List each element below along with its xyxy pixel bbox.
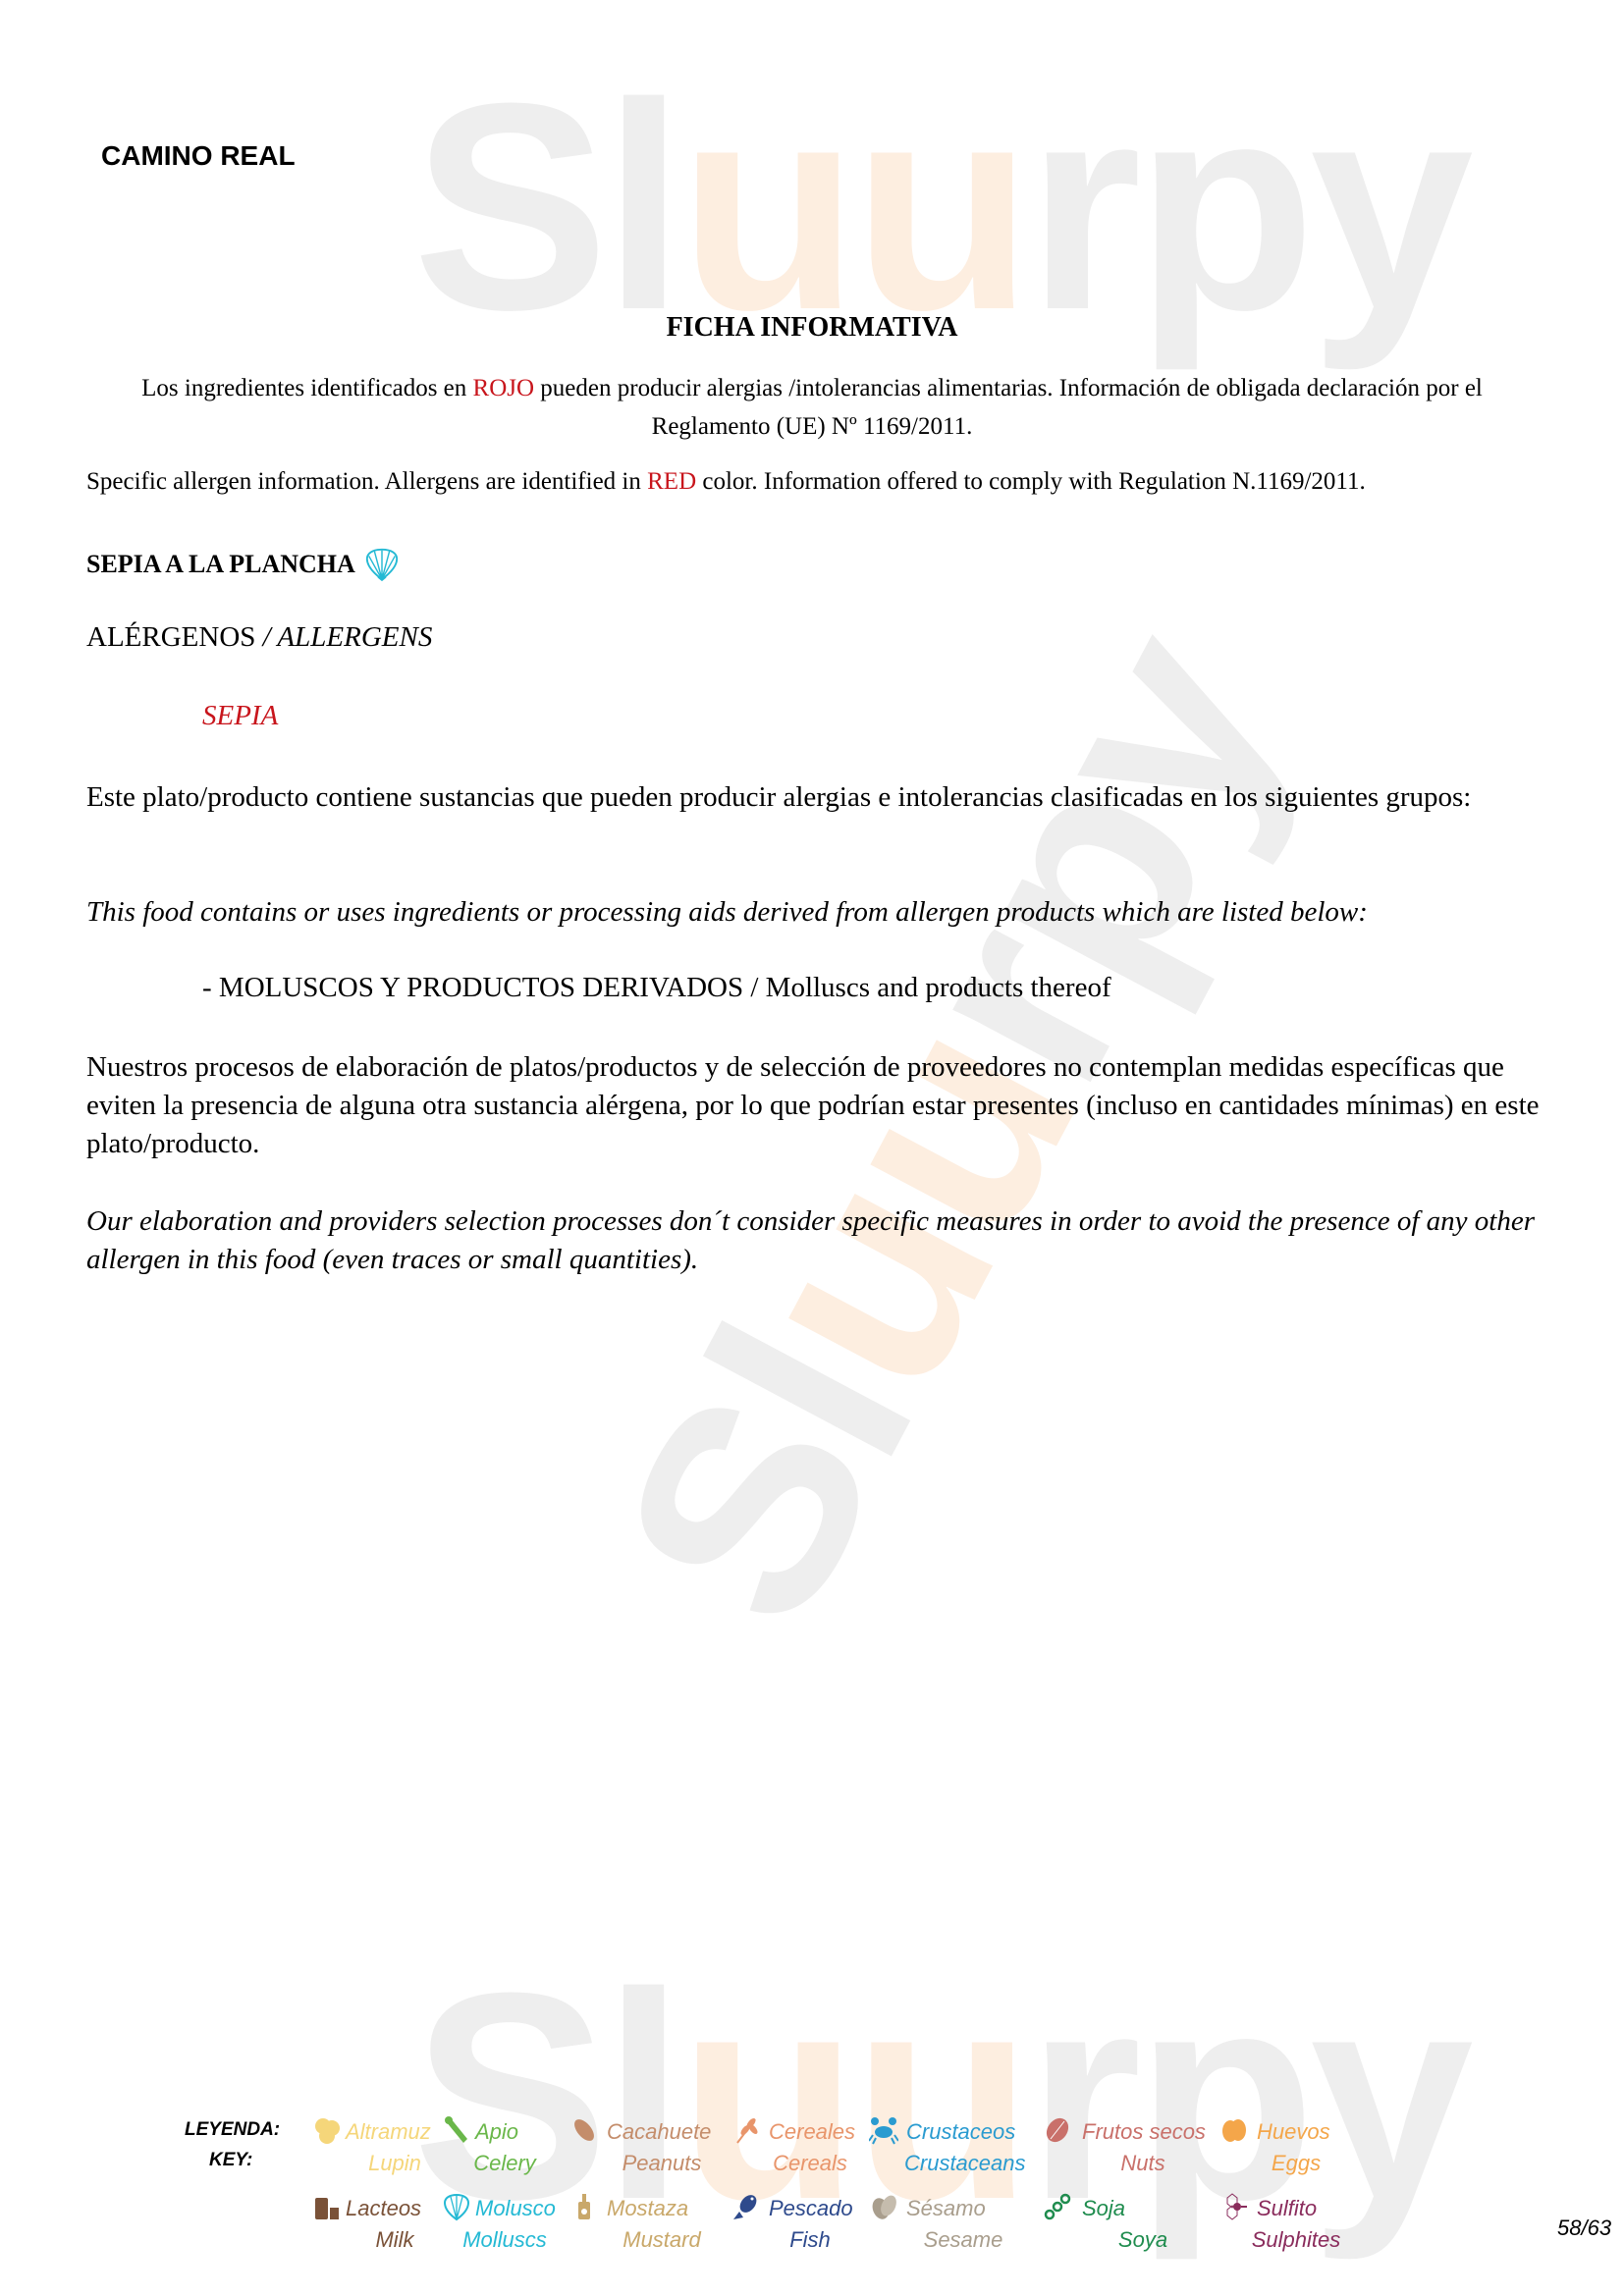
legend-item-en: Sulphites	[1237, 2227, 1355, 2253]
red-keyword: RED	[647, 468, 696, 495]
legend-item-en: Lupin	[336, 2151, 454, 2176]
celery-icon	[442, 2115, 471, 2145]
crab-icon	[869, 2115, 898, 2145]
legend-item-es: Mostaza	[607, 2196, 688, 2221]
legend-item-es: Altramuz	[346, 2119, 431, 2145]
legend-item-en: Celery	[446, 2151, 564, 2176]
legend-item-es: Huevos	[1257, 2119, 1330, 2145]
allergen-ingredient: SEPIA	[202, 700, 278, 732]
disclaimer-es: Nuestros procesos de elaboración de plat…	[86, 1048, 1559, 1163]
legend-item-es: Cereales	[769, 2119, 855, 2145]
disclaimer-en: Our elaboration and providers selection …	[86, 1202, 1559, 1279]
intro-english: Specific allergen information. Allergens…	[86, 468, 1366, 496]
legend-item-es: Frutos secos	[1082, 2119, 1206, 2145]
intro-spanish: Los ingredientes identificados en ROJO p…	[86, 369, 1538, 446]
mollusc-icon	[442, 2192, 471, 2221]
legend-item-es: Lacteos	[346, 2196, 421, 2221]
allergens-heading: ALÉRGENOS / ALLERGENS	[86, 621, 432, 654]
legend-item-en: Crustaceans	[904, 2151, 1022, 2176]
legend-item-en: Soya	[1084, 2227, 1202, 2253]
mustard-icon	[569, 2192, 599, 2221]
legend-item-es: Sésamo	[906, 2196, 986, 2221]
document-page: Sluurpy Sluurpy Sluurpy CAMINO REAL FICH…	[0, 0, 1624, 2296]
legend-label-es: LEYENDA:	[185, 2119, 280, 2141]
legend-item-es: Pescado	[769, 2196, 853, 2221]
legend-item-en: Cereals	[751, 2151, 869, 2176]
legend-item-en: Nuts	[1084, 2151, 1202, 2176]
legend-item-en: Peanuts	[603, 2151, 721, 2176]
legend-item-en: Molluscs	[446, 2227, 564, 2253]
lupin-icon	[312, 2115, 342, 2145]
red-keyword: ROJO	[473, 375, 535, 401]
egg-icon	[1219, 2115, 1249, 2145]
legend-item-es: Sulfito	[1257, 2196, 1317, 2221]
legend-item-es: Cacahuete	[607, 2119, 711, 2145]
page-title: FICHA INFORMATIVA	[0, 312, 1624, 344]
page-number: 58/63	[1557, 2216, 1611, 2241]
allergen-statement-en: This food contains or uses ingredients o…	[86, 893, 1559, 932]
allergen-statement-es: Este plato/producto contiene sustancias …	[86, 778, 1559, 817]
peanut-icon	[569, 2115, 599, 2145]
legend-label-en: KEY:	[209, 2150, 252, 2171]
legend-item-en: Fish	[751, 2227, 869, 2253]
allergen-group: - MOLUSCOS Y PRODUCTOS DERIVADOS / Mollu…	[202, 972, 1111, 1004]
legend-item-en: Sesame	[904, 2227, 1022, 2253]
dish-title: SEPIA A LA PLANCHA	[86, 546, 401, 583]
legend-item-es: Molusco	[475, 2196, 556, 2221]
nut-icon	[1043, 2115, 1072, 2145]
mollusc-shell-icon	[363, 546, 401, 583]
legend-item-en: Mustard	[603, 2227, 721, 2253]
wheat-icon	[731, 2115, 761, 2145]
legend-item-en: Eggs	[1237, 2151, 1355, 2176]
fish-icon	[731, 2192, 761, 2221]
legend-item-es: Crustaceos	[906, 2119, 1015, 2145]
sesame-icon	[869, 2192, 898, 2221]
milk-icon	[312, 2192, 342, 2221]
dish-name: SEPIA A LA PLANCHA	[86, 550, 355, 579]
restaurant-name: CAMINO REAL	[101, 140, 296, 172]
legend-item-es: Apio	[475, 2119, 518, 2145]
soy-icon	[1043, 2192, 1072, 2221]
legend-item-es: Soja	[1082, 2196, 1125, 2221]
sulphite-icon	[1219, 2192, 1249, 2221]
allergen-legend: LEYENDA: KEY: AltramuzLupinApioCeleryCac…	[0, 2106, 1624, 2253]
legend-item-en: Milk	[336, 2227, 454, 2253]
